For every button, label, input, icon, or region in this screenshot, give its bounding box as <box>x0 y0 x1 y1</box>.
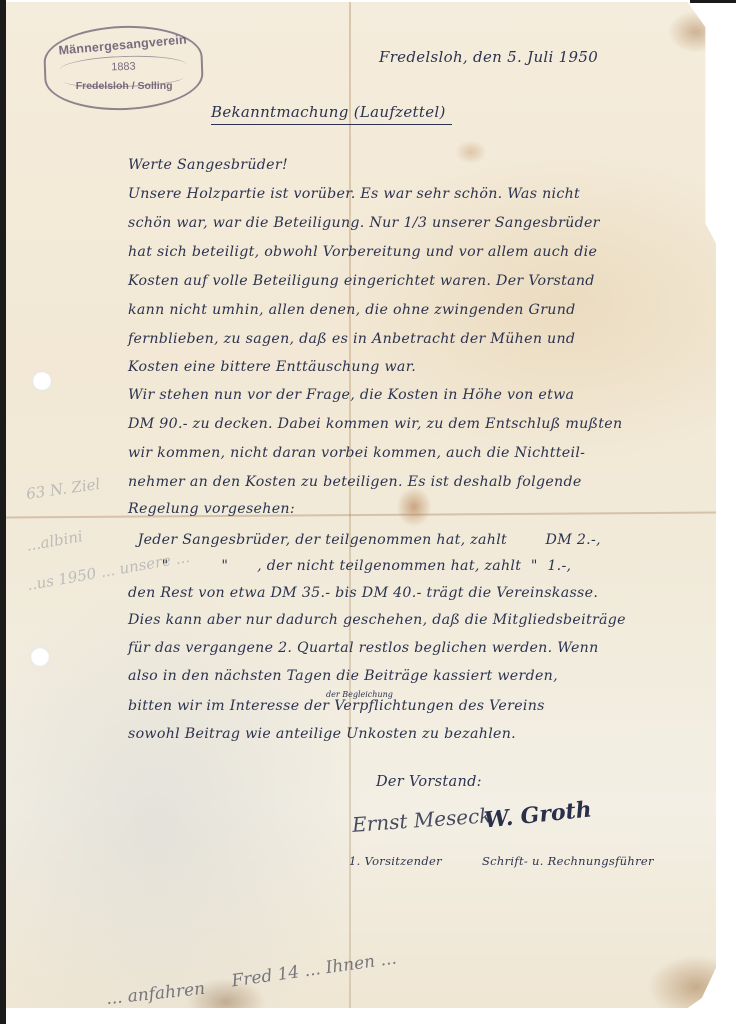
body-line: kann nicht umhin, allen denen, die ohne … <box>128 302 576 318</box>
body-line: also in den nächsten Tagen die Beiträge … <box>128 668 558 684</box>
body-line: Kosten auf volle Beteiligung eingerichte… <box>128 273 595 289</box>
body-line: Regelung vorgesehen: <box>128 501 295 517</box>
signature-chairman: Ernst Meseck <box>351 803 492 837</box>
body-line: für das vergangene 2. Quartal restlos be… <box>128 640 599 656</box>
body-line: fernblieben, zu sagen, daß es in Anbetra… <box>128 331 575 347</box>
role-chairman: 1. Vorsitzender <box>349 854 442 868</box>
letter-paper: Männergesangverein 1883 Fredelsloh / Sol… <box>6 2 716 1008</box>
signature-secretary: W. Groth <box>483 796 593 833</box>
bleed-through-note: ...albini <box>25 527 84 555</box>
body-line: sowohl Beitrag wie anteilige Unkosten zu… <box>128 726 516 742</box>
fold-line-horizontal <box>6 512 716 519</box>
body-line: wir kommen, nicht daran vorbei kommen, a… <box>128 445 585 461</box>
role-secretary: Schrift- u. Rechnungsführer <box>482 854 654 868</box>
body-line: Unsere Holzpartie ist vorüber. Es war se… <box>128 186 580 202</box>
letter-title: Bekanntmachung (Laufzettel) <box>211 103 452 125</box>
body-line: DM 90.- zu decken. Dabei kommen wir, zu … <box>128 416 622 432</box>
body-line: Wir stehen nun vor der Frage, die Kosten… <box>128 387 574 403</box>
stamp-location: Fredelsloh / Solling <box>47 80 202 92</box>
body-line: hat sich beteiligt, obwohl Vorbereitung … <box>128 244 597 260</box>
fee-line-non-participants: " " , der nicht teilgenommen hat, zahlt … <box>128 558 571 574</box>
body-line: Dies kann aber nur dadurch geschehen, da… <box>128 612 626 628</box>
punch-hole-icon <box>32 371 52 391</box>
place-and-date: Fredelsloh, den 5. Juli 1950 <box>379 48 598 66</box>
scanner-border-left <box>0 0 6 1024</box>
body-line: schön war, war die Beteiligung. Nur 1/3 … <box>128 215 600 231</box>
scanned-document: Männergesangverein 1883 Fredelsloh / Sol… <box>0 0 736 1024</box>
salutation: Werte Sangesbrüder! <box>128 157 288 173</box>
body-line: bitten wir im Interesse der Verpflichtun… <box>128 698 545 714</box>
punch-hole-icon <box>30 647 50 667</box>
pencil-note: Fred 14 ... Ihnen ... <box>230 949 397 992</box>
fee-line-participants: Jeder Sangesbrüder, der teilgenommen hat… <box>128 532 601 548</box>
club-stamp: Männergesangverein 1883 Fredelsloh / Sol… <box>43 23 205 112</box>
body-line: nehmer an den Kosten zu beteiligen. Es i… <box>128 474 582 490</box>
pencil-note: ... anfahren <box>105 979 206 1009</box>
bleed-through-note: 63 N. Ziel <box>25 475 101 503</box>
body-line: den Rest von etwa DM 35.- bis DM 40.- tr… <box>128 585 598 601</box>
body-line: Kosten eine bittere Enttäuschung war. <box>128 359 416 375</box>
scanner-border-top <box>690 0 736 3</box>
stamp-club-name: Männergesangverein <box>45 31 201 58</box>
closing: Der Vorstand: <box>376 774 482 790</box>
